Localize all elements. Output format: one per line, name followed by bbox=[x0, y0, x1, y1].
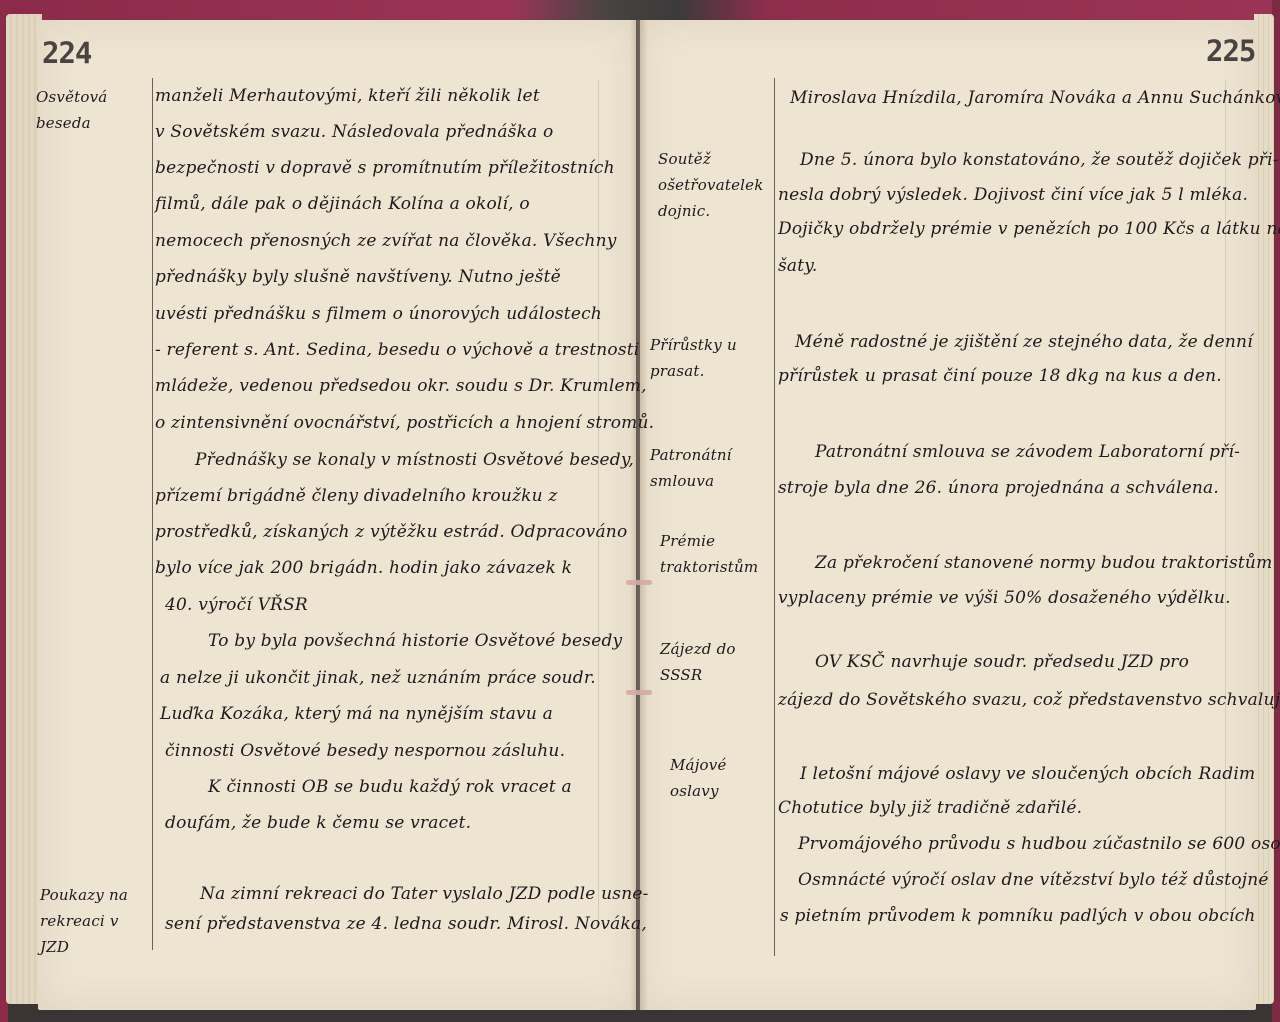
left-margin-rule bbox=[152, 78, 153, 950]
binding-stitch bbox=[626, 580, 652, 585]
margin-label: Přírůstky u prasat. bbox=[650, 332, 774, 384]
margin-label: Májové oslavy bbox=[670, 752, 770, 804]
text-line: zájezd do Sovětského svazu, což představ… bbox=[778, 690, 1280, 710]
text-line: Za překročení stanovené normy budou trak… bbox=[815, 553, 1272, 573]
text-line: I letošní májové oslavy ve sloučených ob… bbox=[800, 764, 1255, 784]
book-cover-top bbox=[0, 0, 1280, 20]
text-line: činnosti Osvětové besedy nespornou záslu… bbox=[165, 741, 565, 761]
page-number-left: 224 bbox=[42, 36, 91, 70]
text-line: nemocech přenosných ze zvířat na člověka… bbox=[155, 231, 617, 251]
margin-label: Poukazy na rekreaci v JZD bbox=[40, 882, 152, 960]
text-line: doufám, že bude k čemu se vracet. bbox=[165, 813, 471, 833]
text-line: - referent s. Ant. Sedina, besedu o vých… bbox=[155, 340, 639, 360]
text-line: Chotutice byly již tradičně zdařilé. bbox=[778, 798, 1082, 818]
text-line: Dne 5. února bylo konstatováno, že soutě… bbox=[800, 150, 1279, 170]
margin-label: Soutěž ošetřovatelek dojnic. bbox=[658, 146, 770, 224]
margin-label: Osvětová beseda bbox=[36, 84, 148, 136]
text-line: a nelze ji ukončit jinak, než uznáním pr… bbox=[160, 668, 596, 688]
text-line: bylo více jak 200 brigádn. hodin jako zá… bbox=[155, 558, 572, 578]
text-line: Přednášky se konaly v místnosti Osvětové… bbox=[195, 450, 634, 470]
text-line: s pietním průvodem k pomníku padlých v o… bbox=[780, 906, 1256, 926]
margin-label: Patronátní smlouva bbox=[650, 442, 774, 494]
margin-label: Zájezd do SSSR bbox=[660, 636, 772, 688]
text-line: Méně radostné je zjištění ze stejného da… bbox=[795, 332, 1253, 352]
text-line: Patronátní smlouva se závodem Laboratorn… bbox=[815, 442, 1240, 462]
text-line: Luďka Kozáka, který má na nynějším stavu… bbox=[160, 704, 553, 724]
margin-label: Prémie traktoristům bbox=[660, 528, 772, 580]
left-page-right-rule bbox=[598, 80, 599, 920]
text-line: Miroslava Hnízdila, Jaromíra Nováka a An… bbox=[790, 88, 1280, 108]
right-margin-rule bbox=[774, 78, 775, 956]
text-line: prostředků, získaných z výtěžku estrád. … bbox=[155, 522, 627, 542]
text-line: bezpečnosti v dopravě s promítnutím příl… bbox=[155, 158, 615, 178]
text-line: uvésti přednášku s filmem o únorových ud… bbox=[155, 304, 602, 324]
text-line: o zintensivnění ovocnářství, postřicích … bbox=[155, 413, 654, 433]
text-line: šaty. bbox=[778, 256, 817, 276]
text-line: Osmnácté výročí oslav dne vítězství bylo… bbox=[798, 870, 1269, 890]
binding-stitch bbox=[626, 690, 652, 695]
right-page-right-rule bbox=[1225, 80, 1226, 920]
text-line: manželi Merhautovými, kteří žili několik… bbox=[155, 86, 540, 106]
text-line: filmů, dále pak o dějinách Kolína a okol… bbox=[155, 194, 530, 214]
text-line: přednášky byly slušně navštíveny. Nutno … bbox=[155, 267, 561, 287]
text-line: OV KSČ navrhuje soudr. předsedu JZD pro bbox=[815, 652, 1189, 672]
text-line: To by byla povšechná historie Osvětové b… bbox=[208, 631, 622, 651]
text-line: Prvomájového průvodu s hudbou zúčastnilo… bbox=[798, 834, 1280, 854]
text-line: v Sovětském svazu. Následovala přednáška… bbox=[155, 122, 553, 142]
text-line: K činnosti OB se budu každý rok vracet a bbox=[208, 777, 572, 797]
book-gutter bbox=[630, 20, 648, 1010]
text-line: vyplaceny prémie ve výši 50% dosaženého … bbox=[778, 588, 1231, 608]
text-line: přírůstek u prasat činí pouze 18 dkg na … bbox=[778, 366, 1222, 386]
text-line: stroje byla dne 26. února projednána a s… bbox=[778, 478, 1219, 498]
text-line: nesla dobrý výsledek. Dojivost činí více… bbox=[778, 185, 1248, 205]
text-line: sení představenstva ze 4. ledna soudr. M… bbox=[165, 914, 647, 934]
text-line: Na zimní rekreaci do Tater vyslalo JZD p… bbox=[200, 884, 649, 904]
text-line: 40. výročí VŘSR bbox=[165, 595, 308, 615]
text-line: mládeže, vedenou předsedou okr. soudu s … bbox=[155, 376, 647, 396]
page-number-right: 225 bbox=[1206, 34, 1255, 68]
page-stack-left bbox=[6, 14, 42, 1004]
text-line: přízemí brigádně členy divadelního krouž… bbox=[155, 486, 558, 506]
text-line: Dojičky obdržely prémie v penězích po 10… bbox=[778, 219, 1280, 239]
